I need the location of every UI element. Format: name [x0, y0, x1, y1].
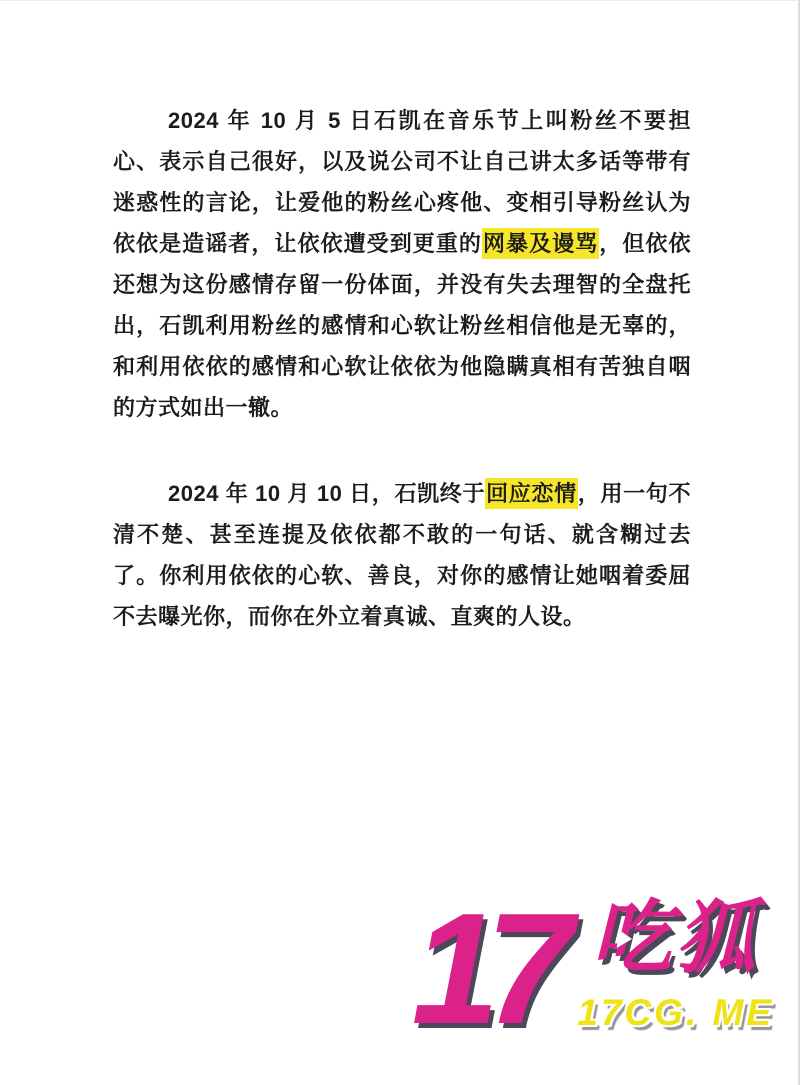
highlighted-text: 网暴及谩骂: [482, 228, 599, 259]
paragraphs-container: 2024 年 10 月 5 日石凯在音乐节上叫粉丝不要担心、表示自己很好，以及说…: [113, 100, 691, 682]
watermark-url: 17CG. ME: [577, 994, 774, 1031]
watermark-number: 17: [412, 908, 578, 1031]
paragraph: 2024 年 10 月 10 日，石凯终于回应恋情，用一句不清不楚、甚至连提及依…: [113, 473, 691, 637]
watermark-logo: 17 吃狐 17CG. ME: [412, 892, 774, 1031]
play-triangle-icon: [616, 930, 633, 948]
document-page: 2024 年 10 月 5 日石凯在音乐节上叫粉丝不要担心、表示自己很好，以及说…: [0, 0, 800, 1085]
highlighted-text: 回应恋情: [485, 478, 578, 509]
watermark-chinese-text: 吃狐: [592, 893, 760, 982]
watermark-chinese: 吃狐: [592, 898, 760, 978]
text-segment: ，但依依还想为这份感情存留一份体面，并没有失去理智的全盘托出，石凯利用粉丝的感情…: [113, 231, 691, 420]
text-segment: 2024 年 10 月 10 日，石凯终于: [168, 481, 485, 506]
watermark-right-column: 吃狐 17CG. ME: [577, 892, 774, 1031]
paragraph: 2024 年 10 月 5 日石凯在音乐节上叫粉丝不要担心、表示自己很好，以及说…: [113, 100, 691, 428]
